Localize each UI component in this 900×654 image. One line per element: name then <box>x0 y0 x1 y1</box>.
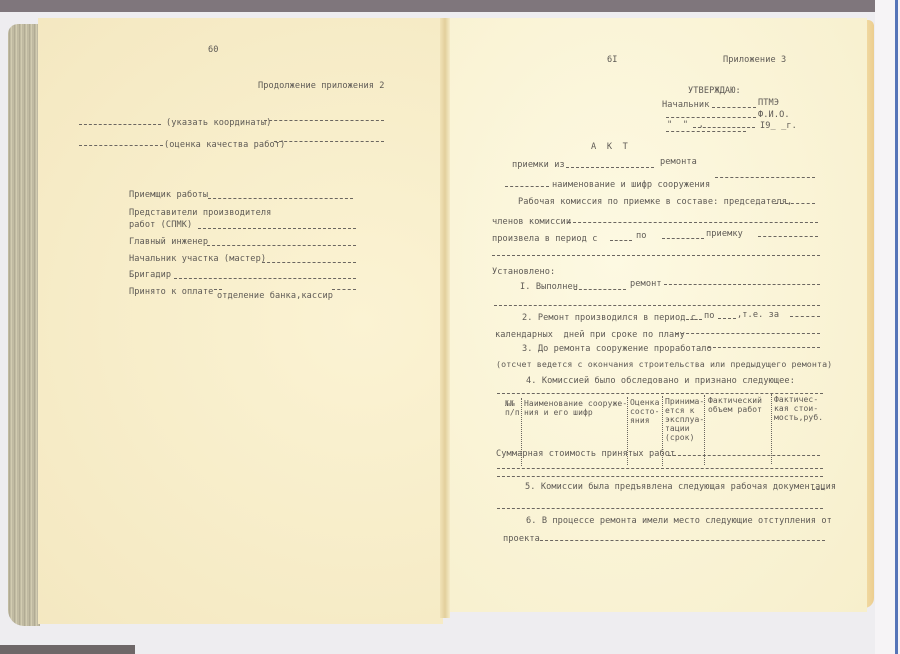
item5-line-2 <box>497 508 823 509</box>
item1-type-line <box>574 289 626 290</box>
book-gutter <box>440 18 450 618</box>
scanner-top-edge <box>0 0 900 12</box>
coords-line-left <box>79 124 161 125</box>
item2-plan-line <box>676 333 820 334</box>
object-line-left <box>505 186 549 187</box>
quality-line-left <box>79 145 163 146</box>
item2-prefix: 2. Ремонт производился в период с <box>522 313 696 323</box>
signature-label-chief-engineer: Главный инженер <box>129 237 208 247</box>
period-text-3: приемку <box>706 229 743 239</box>
item3-line <box>708 347 820 348</box>
item6-line <box>540 540 825 541</box>
approval-title: УТВЕРЖДАЮ: <box>688 86 741 96</box>
table-top-line <box>497 393 823 394</box>
item3-note: (отсчет ведется с окончания строительств… <box>496 359 832 369</box>
approval-fio: Ф.И.О. <box>758 110 790 120</box>
approval-org: ПТМЭ <box>758 98 779 108</box>
object-caption: наименование и шифр сооружения <box>552 180 710 190</box>
quality-caption: (оценка качества работ) <box>164 140 285 150</box>
signature-label-foreman: Бригадир <box>129 270 171 280</box>
table-col-volume: Фактическийобъем работ <box>708 396 762 414</box>
item2-suffix: ,т.е. за <box>737 310 779 320</box>
page-number-left: 60 <box>208 45 219 55</box>
signature-line-contractor <box>198 228 356 229</box>
signature-line-site-chief <box>262 262 356 263</box>
table-col-commissioning: Принима-ется кэксплуа-тации(срок) <box>665 397 704 442</box>
approval-chief-line <box>712 107 756 108</box>
established-label: Установлено: <box>492 267 555 277</box>
total-line <box>668 455 820 456</box>
approval-year: I9_ _г. <box>760 121 797 131</box>
page-stack-edge <box>8 24 40 626</box>
members-line <box>568 222 818 223</box>
quality-line-right <box>274 141 384 142</box>
table-col-number: №№п/п <box>505 399 520 417</box>
item2-line-2: календарных дней при сроке по плану <box>495 330 685 340</box>
coords-caption: (указать координаты) <box>166 118 271 128</box>
item6: 6. В процессе ремонта имели место следую… <box>526 516 832 526</box>
scanner-bottom-edge <box>0 645 135 654</box>
signature-label-site-chief: Начальник участка (мастер) <box>129 254 266 264</box>
period-text-1: произвела в период с <box>492 234 597 244</box>
acceptance-type-line <box>566 167 654 168</box>
item5-line <box>812 489 824 490</box>
left-page <box>38 18 443 624</box>
table-col-name: Наименование сооруже-ния и его шифр <box>524 399 627 417</box>
signature-label-contractor-2: работ (СПМК) <box>129 220 192 230</box>
signature-line-acceptor <box>208 198 353 199</box>
item2-mid: по <box>704 311 715 321</box>
approval-date-quotes: " " , <box>667 120 704 130</box>
period-line-2 <box>492 255 820 256</box>
period-from-line <box>610 240 632 241</box>
right-page-heading: Приложение 3 <box>723 55 786 65</box>
signature-label-acceptor: Приемщик работы <box>129 190 208 200</box>
page-number-right: 6I <box>607 55 618 65</box>
item1-line-tail <box>664 284 820 285</box>
table-col-cost: Фактичес-кая стои-мость,руб. <box>774 395 823 422</box>
members-label: членов комиссии <box>492 217 571 227</box>
item5: 5. Комиссии была предъявлена следующая р… <box>525 482 836 492</box>
payment-caption: отделение банка,кассир <box>217 291 333 301</box>
item3: 3. До ремонта сооружение проработало <box>522 344 712 354</box>
item2-days-line <box>790 316 820 317</box>
signature-line-chief-engineer <box>207 245 356 246</box>
item1-mid: ремонт <box>630 279 662 289</box>
item2-from-line <box>686 319 702 320</box>
commission-text: Рабочая комиссия по приемке в составе: п… <box>518 197 792 207</box>
coords-line-right <box>264 120 384 121</box>
table-col-condition: Оценкасосто-яния <box>630 398 660 425</box>
item6-line-2: проекта <box>503 534 540 544</box>
object-line-right <box>715 177 815 178</box>
approval-chief-label: Начальник <box>662 100 709 110</box>
item1-prefix: I. Выполнен <box>520 282 578 292</box>
total-line-2 <box>497 476 823 477</box>
signature-label-payment: Принято к оплате <box>129 287 213 297</box>
signature-label-contractor-1: Представители производителя <box>129 208 271 218</box>
signature-line-foreman <box>174 278 356 279</box>
acceptance-suffix: ремонта <box>660 157 697 167</box>
act-title: А К Т <box>591 142 628 152</box>
table-col-divider-5 <box>771 394 772 464</box>
left-page-heading: Продолжение приложения 2 <box>258 81 385 91</box>
approval-fio-line <box>666 117 756 118</box>
period-text-2: по <box>636 231 647 241</box>
approval-date-line <box>693 127 755 128</box>
period-line-tail <box>758 236 818 237</box>
period-to-line <box>662 238 704 239</box>
item4: 4. Комиссией было обследовано и признано… <box>526 376 795 386</box>
payment-line-right <box>332 289 356 290</box>
table-bottom-line <box>497 468 823 469</box>
acceptance-prefix: приемки из <box>512 160 565 170</box>
scanner-right-edge <box>895 0 898 654</box>
item2-to-line <box>718 318 736 319</box>
chairman-line <box>775 203 815 204</box>
total-label: Суммарная стоимость принятых работ <box>496 449 675 459</box>
approval-date-underline <box>666 131 746 132</box>
payment-line-left <box>214 289 222 290</box>
item1-line-2 <box>494 305 820 306</box>
